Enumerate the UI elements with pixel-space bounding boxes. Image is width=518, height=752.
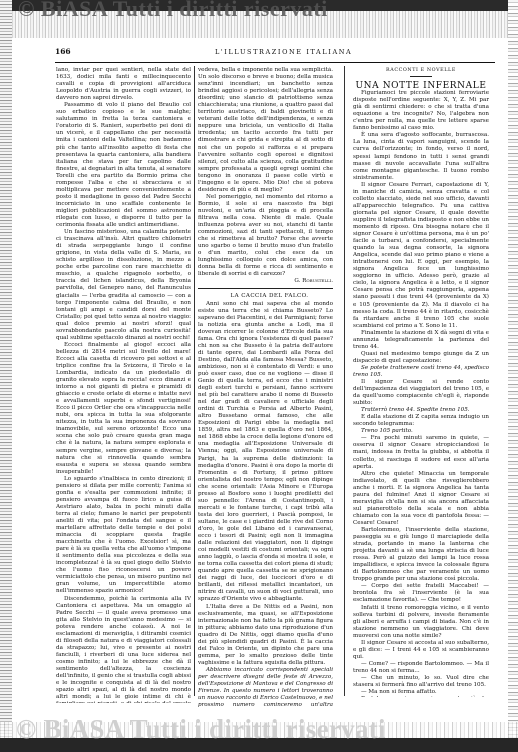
running-head: 166 L'ILLUSTRAZIONE ITALIANA [55, 44, 485, 58]
telegram: Se potete trattenere costì treno 44, spe… [353, 365, 489, 379]
paragraph: Figuriamoci tre piccole stazioni ferrovi… [353, 90, 489, 132]
article-separator [198, 288, 333, 289]
paragraph: lano, inviar per quei sentieri, nella st… [56, 67, 191, 102]
paragraph: Il signor Cesare si accosta al suo subal… [353, 640, 489, 661]
paragraph: Bartolommeo, l'inserviente della stazion… [353, 527, 489, 583]
paragraph: E dalla stazione di Z capita senza indug… [353, 414, 489, 428]
column-3: RACCONTI E NOVELLE UNA NOTTE INFERNALE F… [353, 67, 489, 697]
article-title: LA CACCIA DEL FALCO. [198, 293, 333, 300]
column-2: vedeva, bella e imponente nella sua semp… [198, 67, 333, 707]
paragraph: Il signor Cesare Ferrari, capostazione d… [353, 182, 489, 330]
column-divider [194, 66, 195, 696]
paragraph: — Come? — risponde Bartolommeo. — Ma il … [353, 661, 489, 675]
paragraph: Bartolommeo si passa sicuramente, ciò ch… [353, 696, 489, 697]
paragraph: Passammo di volo il piano del Braulio co… [56, 102, 191, 229]
column-1: lano, inviar per quei sentieri, nella st… [56, 67, 191, 703]
paragraph: Eccoci finalmente al giogo! eccoci alla … [56, 342, 191, 476]
column-divider [344, 66, 345, 696]
paragraph: — Corpo dei sette fratelli Maccabei! — b… [353, 583, 489, 604]
paragraph: — Fra pochi minuti saremo in quiete, — o… [353, 435, 489, 470]
scan-border-right [508, 0, 518, 752]
paragraph: Lo sguardo s'inalbisca in cento direzion… [56, 476, 191, 596]
paragraph: — Che un minuto, lo so. Vuol dire che st… [353, 675, 489, 689]
paragraph: Finalmente la stazione di X dà segni di … [353, 330, 489, 351]
author-signature: G. Robustelli. [198, 278, 333, 285]
section-rule [410, 76, 432, 77]
paragraph: Altro che quiete! Minaccia un temporale … [353, 471, 489, 527]
paragraph: Un fascino misterioso, una calamita pote… [56, 229, 191, 342]
editorial-notice: Abbiamo incaricato corrispondenti specia… [198, 667, 333, 707]
paragraph: L'Italia deve a De Nittis ed a Pasini, n… [198, 604, 333, 667]
telegram: Tratterrò treno 44. Spedite treno 105. [353, 407, 489, 414]
paragraph: Anni sono chi mai sapeva che al mondo es… [198, 301, 333, 604]
story-title: UNA NOTTE INFERNALE [353, 83, 489, 90]
paragraph: Infatti il treno romoreggia vicino, e il… [353, 605, 489, 640]
header-rule [55, 62, 495, 63]
page-number: 166 [55, 47, 71, 56]
paragraph: vedeva, bella e imponente nella sua semp… [198, 67, 333, 194]
paragraph: Nel pomeriggio, nel momento del ritorno … [198, 194, 333, 279]
paragraph: Quasi nel medesimo tempo giunge da Z un … [353, 351, 489, 365]
journal-title: L'ILLUSTRAZIONE ITALIANA [215, 48, 352, 56]
paragraph: È una sera d'agosto soffocante, burrasco… [353, 132, 489, 181]
section-label: RACCONTI E NOVELLE [353, 67, 489, 74]
watermark-bottom: © BiASA Tutti i diritti riservati [16, 714, 386, 745]
paragraph: Discendemmo, poichè la cerimonia alla IV… [56, 596, 191, 703]
paragraph: Il signor Cesare si rende conto dell'imp… [353, 379, 489, 407]
scan-border-left [0, 0, 12, 752]
telegram: Treno 105 partito. [353, 428, 489, 435]
watermark-top: © BiASA Tutti i diritti riservati [18, 0, 328, 22]
